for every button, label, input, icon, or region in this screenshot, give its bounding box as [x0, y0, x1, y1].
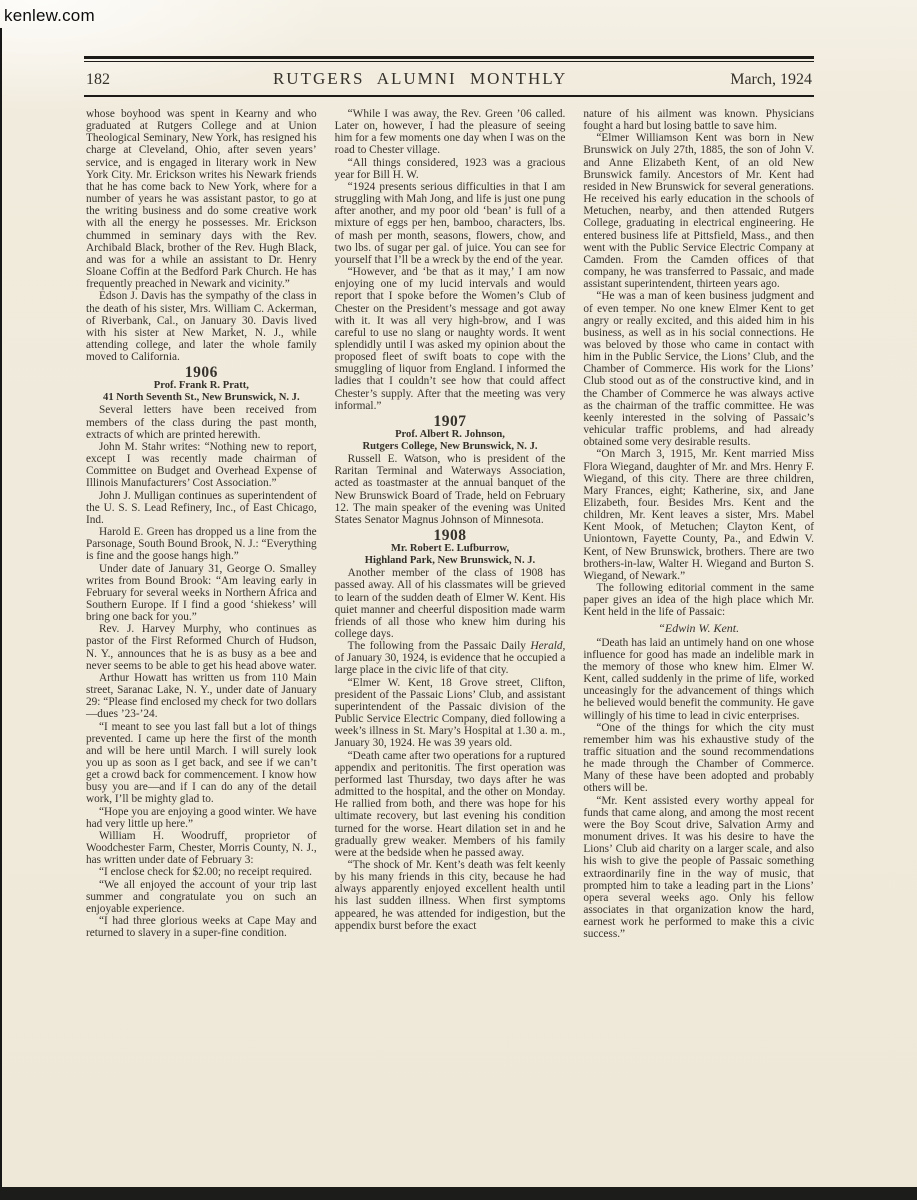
paragraph: John M. Stahr writes: “Nothing new to re…: [86, 441, 317, 490]
watermark: kenlew.com: [4, 6, 95, 26]
text-run: “Hope you are enjoying a good winter. We…: [86, 806, 317, 830]
paragraph: “I had three glorious weeks at Cape May …: [86, 915, 317, 939]
paragraph: “Mr. Kent assisted every worthy appeal f…: [583, 795, 814, 941]
paragraph: “Hope you are enjoying a good winter. We…: [86, 806, 317, 830]
paragraph: The following editorial comment in the s…: [583, 582, 814, 618]
class-secretary-name: Prof. Frank R. Pratt,: [86, 380, 317, 392]
text-run: “One of the things for which the city mu…: [583, 722, 814, 795]
class-secretary-address: 41 North Seventh St., New Brunswick, N. …: [86, 392, 317, 404]
text-run: “Elmer W. Kent, 18 Grove street, Clifton…: [335, 677, 566, 750]
text-run: whose boyhood was spent in Kearny and wh…: [86, 108, 317, 290]
text-run: “On March 3, 1915, Mr. Kent married Miss…: [583, 448, 814, 582]
paragraph: “1924 presents serious difficulties in t…: [335, 181, 566, 266]
editorial-title: “Edwin W. Kent.: [583, 622, 814, 635]
paragraph: Rev. J. Harvey Murphy, who continues as …: [86, 623, 317, 672]
text-run: Edson J. Davis has the sympathy of the c…: [86, 290, 317, 363]
text-run: The following editorial comment in the s…: [583, 582, 814, 618]
text-run: John J. Mulligan continues as superinten…: [86, 490, 317, 526]
journal-title: RUTGERS ALUMNI MONTHLY: [273, 69, 567, 89]
class-heading-1906: 1906Prof. Frank R. Pratt,41 North Sevent…: [86, 365, 317, 403]
masthead-rule-top-thick: [84, 56, 814, 59]
paragraph: Another member of the class of 1908 has …: [335, 567, 566, 640]
text-run: “The shock of Mr. Kent’s death was felt …: [335, 859, 566, 932]
class-secretary-address: Rutgers College, New Brunswick, N. J.: [335, 441, 566, 453]
text-run: Arthur Howatt has written us from 110 Ma…: [86, 672, 317, 720]
paragraph: “All things considered, 1923 was a graci…: [335, 157, 566, 181]
text-run: William H. Woodruff, proprietor of Woodc…: [86, 830, 317, 866]
paragraph: William H. Woodruff, proprietor of Woodc…: [86, 830, 317, 866]
text-run: “Elmer Williamson Kent was born in New B…: [583, 132, 814, 290]
text-run: Several letters have been received from …: [86, 404, 317, 440]
scan-edge-left: [0, 28, 2, 1200]
paragraph: “Elmer Williamson Kent was born in New B…: [583, 132, 814, 290]
masthead: 182 RUTGERS ALUMNI MONTHLY March, 1924: [84, 56, 814, 97]
paragraph: “However, and ‘be that as it may,’ I am …: [335, 266, 566, 412]
column-3: nature of his ailment was known. Physici…: [583, 108, 814, 940]
text-run: “He was a man of keen business judgment …: [583, 290, 814, 448]
paragraph: whose boyhood was spent in Kearny and wh…: [86, 108, 317, 290]
paragraph: “I enclose check for $2.00; no receipt r…: [86, 866, 317, 878]
text-run: “I enclose check for $2.00; no receipt r…: [99, 866, 312, 878]
class-year: 1908: [335, 528, 566, 543]
text-run: John M. Stahr writes: “Nothing new to re…: [86, 441, 317, 489]
class-heading-1907: 1907Prof. Albert R. Johnson,Rutgers Coll…: [335, 414, 566, 452]
class-year: 1907: [335, 414, 566, 429]
paragraph: “I meant to see you last fall but a lot …: [86, 721, 317, 806]
paragraph: Several letters have been received from …: [86, 404, 317, 440]
paragraph: “Death has laid an untimely hand on one …: [583, 637, 814, 722]
text-run: Rev. J. Harvey Murphy, who continues as …: [86, 623, 317, 671]
class-secretary-name: Prof. Albert R. Johnson,: [335, 429, 566, 441]
issue-date: March, 1924: [730, 71, 812, 89]
text-run: “However, and ‘be that as it may,’ I am …: [335, 266, 566, 412]
text-run: “We all enjoyed the account of your trip…: [86, 879, 317, 915]
text-run: “Death has laid an untimely hand on one …: [583, 637, 814, 722]
text-run: “1924 presents serious difficulties in t…: [335, 181, 566, 266]
paragraph: “Death came after two operations for a r…: [335, 750, 566, 859]
magazine-page: kenlew.com 182 RUTGERS ALUMNI MONTHLY Ma…: [0, 0, 917, 1200]
text-run: The following from the Passaic Daily: [348, 640, 531, 652]
scan-edge-bottom: [0, 1187, 917, 1200]
paragraph: nature of his ailment was known. Physici…: [583, 108, 814, 132]
paragraph: “He was a man of keen business judgment …: [583, 290, 814, 448]
paragraph: Under date of January 31, George O. Smal…: [86, 563, 317, 624]
class-secretary-address: Highland Park, New Brunswick, N. J.: [335, 555, 566, 567]
class-heading-1908: 1908Mr. Robert E. Lufburrow,Highland Par…: [335, 528, 566, 566]
text-run: “Death came after two operations for a r…: [335, 750, 566, 859]
masthead-rule-bottom: [84, 95, 814, 97]
paragraph: “While I was away, the Rev. Green ’06 ca…: [335, 108, 566, 157]
text-run: “All things considered, 1923 was a graci…: [335, 157, 566, 181]
paragraph: The following from the Passaic Daily Her…: [335, 640, 566, 676]
paragraph: “Elmer W. Kent, 18 Grove street, Clifton…: [335, 677, 566, 750]
class-year: 1906: [86, 365, 317, 380]
class-secretary-name: Mr. Robert E. Lufburrow,: [335, 543, 566, 555]
text-run: nature of his ailment was known. Physici…: [583, 108, 814, 132]
column-2: “While I was away, the Rev. Green ’06 ca…: [335, 108, 566, 940]
italic-run: Herald,: [531, 640, 566, 652]
paragraph: Arthur Howatt has written us from 110 Ma…: [86, 672, 317, 721]
paragraph: “On March 3, 1915, Mr. Kent married Miss…: [583, 448, 814, 582]
paragraph: “One of the things for which the city mu…: [583, 722, 814, 795]
paragraph: Russell E. Watson, who is president of t…: [335, 453, 566, 526]
paragraph: John J. Mulligan continues as superinten…: [86, 490, 317, 526]
text-run: “While I was away, the Rev. Green ’06 ca…: [335, 108, 566, 156]
text-run: Harold E. Green has dropped us a line fr…: [86, 526, 317, 562]
text-run: “Mr. Kent assisted every worthy appeal f…: [583, 795, 814, 941]
text-run: Another member of the class of 1908 has …: [335, 567, 566, 640]
paragraph: “The shock of Mr. Kent’s death was felt …: [335, 859, 566, 932]
text-columns: whose boyhood was spent in Kearny and wh…: [86, 108, 814, 940]
text-run: “I meant to see you last fall but a lot …: [86, 721, 317, 806]
paragraph: “We all enjoyed the account of your trip…: [86, 879, 317, 915]
masthead-row: 182 RUTGERS ALUMNI MONTHLY March, 1924: [84, 62, 814, 95]
text-run: Russell E. Watson, who is president of t…: [335, 453, 566, 526]
text-run: “I had three glorious weeks at Cape May …: [86, 915, 317, 939]
page-number: 182: [86, 71, 110, 89]
text-run: Under date of January 31, George O. Smal…: [86, 563, 317, 624]
paragraph: Edson J. Davis has the sympathy of the c…: [86, 290, 317, 363]
text-run: of January 30, 1924, is evidence that he…: [335, 652, 566, 676]
column-1: whose boyhood was spent in Kearny and wh…: [86, 108, 317, 940]
paragraph: Harold E. Green has dropped us a line fr…: [86, 526, 317, 562]
